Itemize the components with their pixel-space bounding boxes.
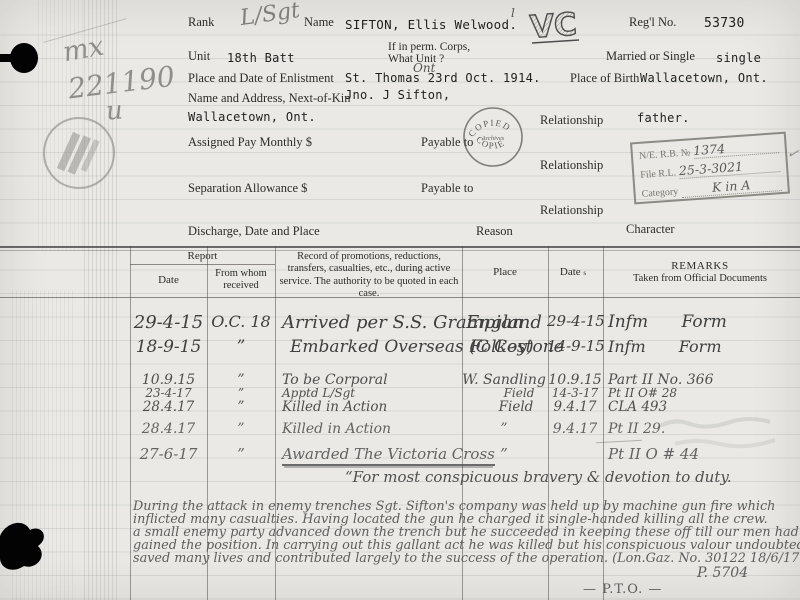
date-cell: 14-3-17: [547, 386, 603, 400]
report-sub-rule: [130, 264, 275, 265]
date-cell: 9.4.17: [547, 421, 603, 437]
punch-hole-icon: [0, 514, 54, 580]
stamp-line1-label: N/E. R.B. №: [639, 147, 691, 162]
citation-line: saved many lives and contributed largely…: [133, 551, 799, 566]
enlistment-value: St. Thomas 23rd Oct. 1914.: [345, 71, 541, 85]
report-date-cell: 18-9-15: [132, 337, 205, 357]
separation-allowance-label: Separation Allowance $: [188, 182, 307, 195]
married-or-single-label: Married or Single: [606, 50, 695, 63]
pto-note: — P.T.O. —: [583, 582, 662, 597]
record-column-header: Record of promotions, reductions, transf…: [278, 251, 460, 301]
unit-label: Unit: [188, 50, 210, 63]
name-insert-mark: l: [511, 6, 515, 20]
rank-label: Rank: [188, 16, 214, 29]
service-record-page: mx 221190 u Rank L/Sgt Name SIFTON, Elli…: [0, 0, 800, 600]
m-stamp-icon: [35, 109, 123, 197]
name-value: SIFTON, Ellis Welwood.: [345, 17, 517, 32]
table-top-rule: [0, 246, 800, 248]
record-cell: Apptd L/Sgt: [282, 386, 464, 400]
place-of-birth-label: Place of Birth: [570, 72, 639, 85]
relationship-label: Relationship: [540, 114, 603, 127]
stamp-line1-value: 1374: [693, 137, 779, 159]
place-cell: ”: [460, 421, 548, 437]
from-whom-cell: O.C. 18: [208, 312, 274, 331]
date2-column-header: Date s: [548, 266, 598, 279]
relationship-value: father.: [637, 111, 690, 125]
regl-no-label: Reg'l No.: [629, 16, 676, 29]
from-whom-cell: ”: [208, 445, 274, 463]
place-cell: England: [460, 312, 548, 333]
pencil-smudge: [655, 416, 795, 456]
punch-hole-icon: [0, 42, 46, 76]
place-of-birth-value: Wallacetown, Ont.: [640, 71, 768, 85]
report-date-cell: 23-4-17: [132, 386, 205, 400]
stamp-line3-label: Category: [641, 186, 678, 200]
next-of-kin-value: Jno. J Sifton,: [345, 88, 450, 102]
from-whom-column-header: From whom received: [208, 268, 274, 293]
payable-to-label: Payable to: [421, 182, 473, 195]
citation-quote: “For most conspicuous bravery & devotion…: [345, 468, 732, 486]
report-date-cell: 28.4.17: [132, 421, 205, 437]
from-whom-cell: ”: [208, 421, 274, 437]
stamp-line2-label: File R.L.: [640, 167, 677, 180]
remarks-cell: Infm Form: [608, 337, 798, 356]
discharge-label: Discharge, Date and Place: [188, 225, 320, 238]
vc-mark-icon: VC: [527, 5, 587, 49]
record-cell: Arrived per S.S. Grampian: [282, 312, 464, 333]
relationship-label: Relationship: [540, 204, 603, 217]
from-whom-cell: ”: [208, 386, 274, 400]
reason-label: Reason: [476, 225, 513, 238]
payable-to-label: Payable to: [421, 136, 473, 149]
vc-mark-text: VC: [529, 7, 578, 46]
record-cell: Awarded The Victoria Cross: [282, 445, 464, 466]
report-date-cell: 29-4-15: [132, 312, 205, 333]
from-whom-cell: ”: [208, 399, 274, 415]
remarks-cell: Infm Form: [608, 312, 798, 332]
place-cell: Folkestone: [470, 337, 558, 357]
place-cell: ”: [460, 445, 548, 463]
remarks-column-subheader: Taken from Official Documents: [603, 273, 797, 285]
remarks-column-header: REMARKS: [603, 260, 797, 273]
report-column-header: Report: [130, 250, 275, 263]
regl-no-value: 53730: [704, 16, 745, 31]
enlistment-label: Place and Date of Enlistment: [188, 72, 334, 85]
character-label: Character: [626, 223, 675, 236]
from-whom-cell: ”: [208, 337, 274, 357]
next-of-kin-label: Name and Address, Next-of-Kin: [188, 92, 350, 105]
date-cell: 29-4-15: [547, 312, 603, 330]
file-registry-stamp: N/E. R.B. № 1374 File R.L. 25-3-3021 Cat…: [630, 132, 790, 205]
record-cell: Killed in Action: [282, 421, 464, 437]
place-column-header: Place: [462, 266, 548, 279]
date-cell: 14-9-15: [547, 337, 603, 355]
record-cell: Embarked Overseas (C Coy): [290, 337, 472, 357]
perm-corps-label-line1: If in perm. Corps,: [388, 41, 470, 53]
married-or-single-value: single: [716, 51, 761, 65]
unit-value: 18th Batt: [227, 51, 295, 65]
relationship-label: Relationship: [540, 159, 603, 172]
report-date-cell: 28.4.17: [132, 399, 205, 415]
record-cell: Killed in Action: [282, 399, 464, 415]
date-cell: 9.4.17: [547, 399, 603, 415]
assigned-pay-label: Assigned Pay Monthly $: [188, 136, 312, 149]
gazette-page-ref: P. 5704: [697, 565, 748, 581]
date-column-header: Date: [130, 274, 207, 287]
remarks-cell: CLA 493: [608, 399, 798, 415]
next-of-kin-value: Wallacetown, Ont.: [188, 110, 316, 124]
remarks-cell: Pt II O# 28: [608, 386, 798, 400]
name-label: Name: [304, 16, 334, 29]
report-date-cell: 27-6-17: [132, 445, 205, 463]
table-column-line: [130, 246, 131, 600]
